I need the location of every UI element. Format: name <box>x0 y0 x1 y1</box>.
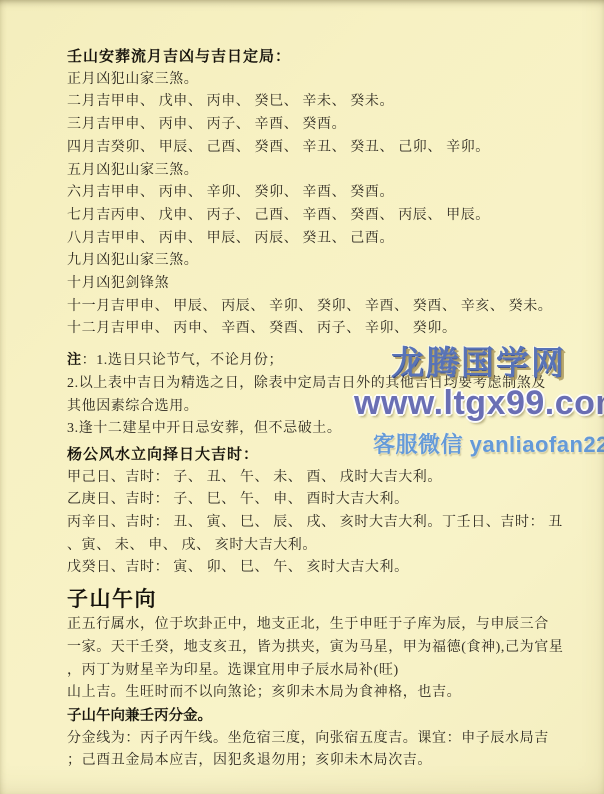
text-line: 三月吉甲申、 丙申、 丙子、 辛酉、 癸酉。 <box>67 114 579 137</box>
scanned-document-page: 壬山安葬流月吉凶与吉日定局： 正月凶犯山家三煞。二月吉甲申、 戊申、 丙申、 癸… <box>0 0 604 794</box>
text-line: 分金线为：丙子丙午线。坐危宿三度，向张宿五度吉。课宜：申子辰水局吉 <box>67 728 579 751</box>
text-line: 甲己日、吉时： 子、 丑、 午、 未、 酉、 戌时大吉大利。 <box>67 467 579 490</box>
note-lines: 2.以上表中吉日为精选之日，除表中定局吉日外的其他吉日均要考虑制煞及其他因素综合… <box>67 373 579 441</box>
zishan-subheading: 子山午向兼壬丙分金。 <box>67 705 579 728</box>
section-zishan: 子山午向 正五行属水，位于坎卦正中，地支正北，生于申旺于子库为辰，与申辰三合一家… <box>67 585 579 773</box>
text-line: 二月吉甲申、 戊申、 丙申、 癸巳、 辛未、 癸未。 <box>67 91 579 114</box>
burial-section-heading: 壬山安葬流月吉凶与吉日定局： <box>67 46 579 69</box>
zishan-paragraph-lines: 正五行属水，位于坎卦正中，地支正北，生于申旺于子库为辰，与申辰三合一家。天干壬癸… <box>67 614 579 705</box>
text-line: ，丙丁为财星辛为印星。选课宜用申子辰水局补(旺) <box>67 660 579 683</box>
burial-month-lines: 正月凶犯山家三煞。二月吉甲申、 戊申、 丙申、 癸巳、 辛未、 癸未。三月吉甲申… <box>67 69 579 341</box>
text-line: 五月凶犯山家三煞。 <box>67 160 579 183</box>
text-line: 山上吉。生旺时而不以向煞论；亥卯未木局为食神格，也吉。 <box>67 682 579 705</box>
text-line: 十二月吉甲申、 丙申、 辛酉、 癸酉、 丙子、 辛卯、 癸卯。 <box>67 318 579 341</box>
note-line-1-text: ：1.选日只论节气，不论月份； <box>82 353 284 368</box>
text-line: 十一月吉甲申、 甲辰、 丙辰、 辛卯、 癸卯、 辛酉、 癸酉、 辛亥、 癸未。 <box>67 296 579 319</box>
text-line: 四月吉癸卯、 甲辰、 己酉、 癸酉、 辛丑、 癸丑、 己卯、 辛卯。 <box>67 137 579 160</box>
note-line-1: 注：1.选日只论节气，不论月份； <box>67 350 579 373</box>
text-line: 八月吉甲申、 丙申、 甲辰、 丙辰、 癸丑、 己酉。 <box>67 228 579 251</box>
text-line: 3.逢十二建星中开日忌安葬，但不忌破土。 <box>67 418 579 441</box>
zishan-fenjin-lines: 分金线为：丙子丙午线。坐危宿三度，向张宿五度吉。课宜：申子辰水局吉；己酉丑金局本… <box>67 728 579 773</box>
text-line: 乙庚日、吉时： 子、 巳、 午、 申、 酉时大吉大利。 <box>67 489 579 512</box>
text-line: 七月吉丙申、 戊申、 丙子、 己酉、 辛酉、 癸酉、 丙辰、 甲辰。 <box>67 205 579 228</box>
note-label: 注 <box>67 353 82 368</box>
text-line: 正月凶犯山家三煞。 <box>67 69 579 92</box>
text-line: 2.以上表中吉日为精选之日，除表中定局吉日外的其他吉日均要考虑制煞及 <box>67 373 579 396</box>
section-auspicious-hours: 杨公风水立向择日大吉时： 甲己日、吉时： 子、 丑、 午、 未、 酉、 戌时大吉… <box>67 444 579 580</box>
section-burial-months: 壬山安葬流月吉凶与吉日定局： 正月凶犯山家三煞。二月吉甲申、 戊申、 丙申、 癸… <box>67 46 579 341</box>
text-line: 十月凶犯剑锋煞 <box>67 273 579 296</box>
hours-lines: 甲己日、吉时： 子、 丑、 午、 未、 酉、 戌时大吉大利。乙庚日、吉时： 子、… <box>67 467 579 581</box>
text-line: 其他因素综合选用。 <box>67 396 579 419</box>
text-line: 戊癸日、吉时： 寅、 卯、 巳、 午、 亥时大吉大利。 <box>67 557 579 580</box>
text-line: 正五行属水，位于坎卦正中，地支正北，生于申旺于子库为辰，与申辰三合 <box>67 614 579 637</box>
text-line: 六月吉甲申、 丙申、 辛卯、 癸卯、 辛酉、 癸酉。 <box>67 182 579 205</box>
document-body: 壬山安葬流月吉凶与吉日定局： 正月凶犯山家三煞。二月吉甲申、 戊申、 丙申、 癸… <box>67 46 579 773</box>
text-line: 一家。天干壬癸，地支亥丑，皆为拱夹，寅为马星，甲为福德(食神),己为官星 <box>67 637 579 660</box>
text-line: 、寅、 未、 申、 戌、 亥时大吉大利。 <box>67 535 579 558</box>
hours-section-heading: 杨公风水立向择日大吉时： <box>67 444 579 467</box>
text-line: 九月凶犯山家三煞。 <box>67 250 579 273</box>
zishan-heading: 子山午向 <box>67 585 579 614</box>
section-notes: 注：1.选日只论节气，不论月份； 2.以上表中吉日为精选之日，除表中定局吉日外的… <box>67 350 579 441</box>
text-line: 丙辛日、吉时： 丑、 寅、 巳、 辰、 戌、 亥时大吉大利。丁壬日、吉时： 丑 <box>67 512 579 535</box>
text-line: ；己酉丑金局本应吉，因犯炙退勿用；亥卯未木局次吉。 <box>67 750 579 773</box>
